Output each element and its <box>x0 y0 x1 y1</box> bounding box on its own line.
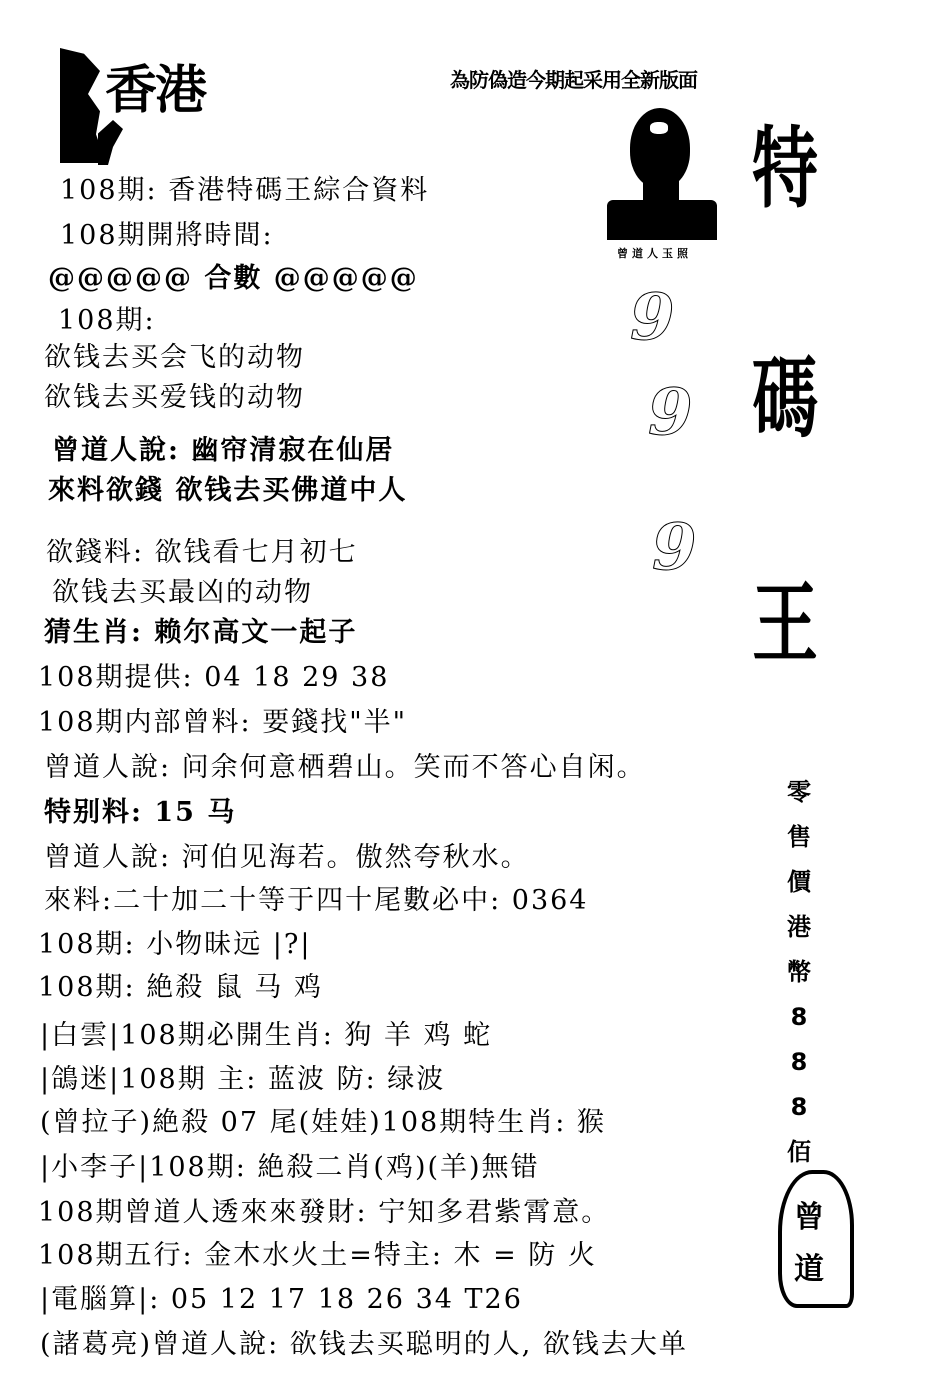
content-line: 108期五行: 金木水火土=特主: 木 = 防 火 <box>38 1233 597 1272</box>
decor-nine: 9 <box>652 510 697 585</box>
logo: 香港 <box>60 40 230 165</box>
content-line: 108期: <box>58 298 156 337</box>
content-line: 曾道人說: 幽帘清寂在仙居 <box>52 428 394 467</box>
content-line: @@@@@ 合數 @@@@@ <box>48 256 419 295</box>
content-line: 108期: 小物昧远 |?| <box>38 922 311 961</box>
anti-counterfeit-notice: 為防偽造今期起采用全新版面 <box>450 64 697 93</box>
content-line: 來料:二十加二十等于四十尾數必中: 0364 <box>44 878 589 917</box>
content-line: 108期: 香港特碼王綜合資料 <box>60 168 429 207</box>
logo-text: 香港 <box>105 48 205 123</box>
seal-stamp: 曾 道 <box>778 1170 854 1308</box>
portrait-caption: 曾道人玉照 <box>617 245 692 261</box>
content-line: 108期開將時間: <box>60 213 274 252</box>
title-char: 碼 <box>752 355 818 443</box>
content-line: 108期曾道人透來來發財: 宁知多君紫霄意。 <box>38 1190 610 1229</box>
content-line: 108期: 絶殺 鼠 马 鸡 <box>38 965 323 1004</box>
price-vertical-text: 零 售 價 港 幣 8 8 8 佰 <box>786 770 812 1175</box>
content-line: 欲錢料: 欲钱看七月初七 <box>46 530 358 569</box>
content-line: (諸葛亮)曾道人說: 欲钱去买聪明的人, 欲钱去大单 <box>40 1322 688 1361</box>
decor-nine: 9 <box>648 375 693 450</box>
content-line: |電腦算|: 05 12 17 18 26 34 T26 <box>40 1277 523 1316</box>
content-line: 欲钱去买爱钱的动物 <box>44 375 305 414</box>
content-line: 108期提供: 04 18 29 38 <box>38 655 389 694</box>
content-line: 108期内部曾料: 要錢找"半" <box>38 700 407 739</box>
content-line: 欲钱去买会飞的动物 <box>44 335 305 374</box>
content-line: 曾道人說: 河伯见海若。傲然夸秋水。 <box>44 835 530 874</box>
content-line: |白雲|108期必開生肖: 狗 羊 鸡 蛇 <box>40 1013 492 1052</box>
content-line: 曾道人說: 问余何意栖碧山。笑而不答心自闲。 <box>44 745 646 784</box>
content-line: 來料欲錢 欲钱去买佛道中人 <box>48 468 407 507</box>
portrait-image: 曾道人玉照 <box>605 100 720 260</box>
logo-graphic-tail <box>98 120 123 165</box>
content-line: 欲钱去买最凶的动物 <box>52 570 313 609</box>
title-char: 特 <box>752 125 818 213</box>
decor-nine: 9 <box>630 280 675 355</box>
content-line: 特别料: 15 马 <box>44 790 236 829</box>
logo-graphic <box>60 48 100 163</box>
portrait-head <box>630 108 690 188</box>
content-line: |小李子|108期: 絶殺二肖(鸡)(羊)無错 <box>40 1145 540 1184</box>
content-line: |鴿迷|108期 主: 蓝波 防: 绿波 <box>40 1057 445 1096</box>
title-char: 王 <box>752 580 818 668</box>
content-line: (曾拉子)絶殺 07 尾(娃娃)108期特生肖: 猴 <box>40 1100 606 1139</box>
content-line: 猜生肖: 赖尔高文一起子 <box>44 610 357 649</box>
